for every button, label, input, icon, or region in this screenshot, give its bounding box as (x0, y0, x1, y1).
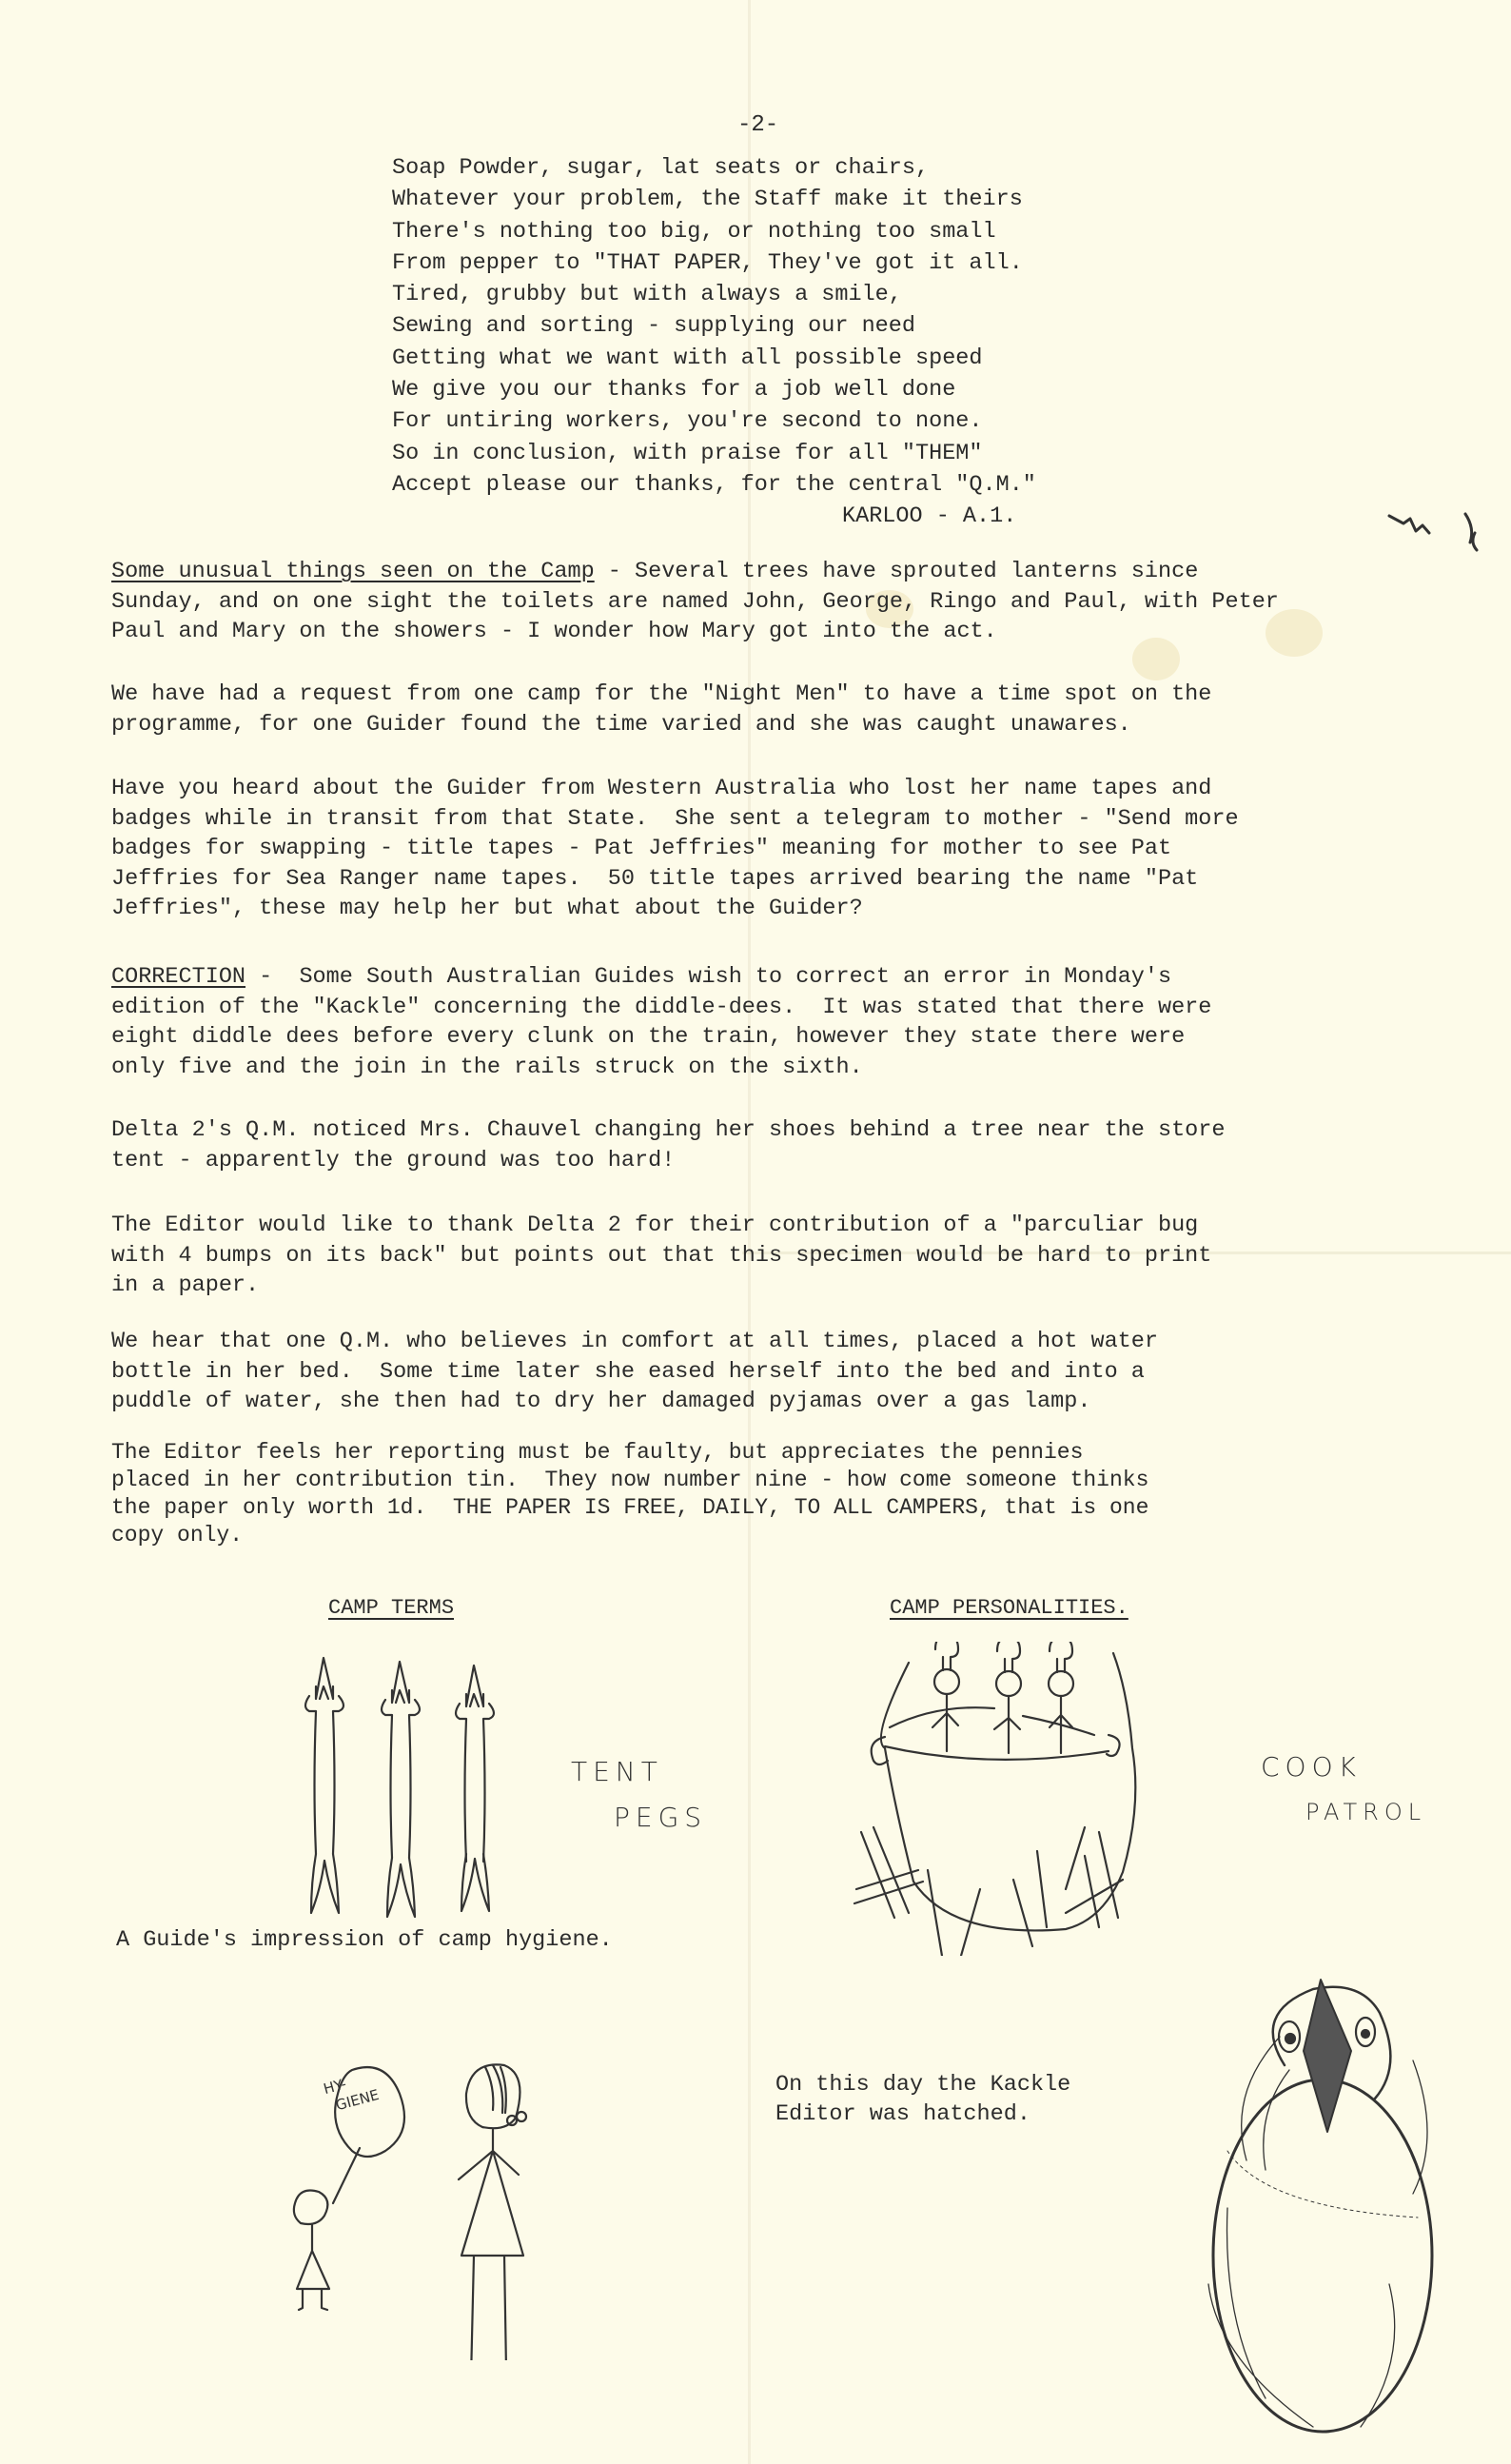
page-number: -2- (737, 112, 778, 138)
article-line: eight diddle dees before every clunk on … (111, 1022, 1443, 1053)
poem: Soap Powder, sugar, lat seats or chairs,… (392, 152, 1036, 533)
article-unusual-things: Some unusual things seen on the Camp - S… (111, 557, 1443, 647)
poem-line: So in conclusion, with praise for all "T… (392, 438, 1036, 469)
article-line: The Editor feels her reporting must be f… (111, 1439, 1443, 1467)
caption-line: On this day the Kackle (775, 2070, 1070, 2099)
poem-line: There's nothing too big, or nothing too … (392, 216, 1036, 247)
poem-line: From pepper to "THAT PAPER, They've got … (392, 247, 1036, 279)
article-line: programme, for one Guider found the time… (111, 710, 1443, 740)
article-line: Have you heard about the Guider from Wes… (111, 774, 1443, 804)
poem-line: Tired, grubby but with always a smile, (392, 279, 1036, 310)
caption-line: Editor was hatched. (775, 2099, 1070, 2129)
article-heading: Some unusual things seen on the Camp (111, 559, 595, 584)
hatched-editor-caption: On this day the Kackle Editor was hatche… (775, 2070, 1070, 2129)
article-line: We hear that one Q.M. who believes in co… (111, 1327, 1443, 1357)
camp-hygiene-caption: A Guide's impression of camp hygiene. (116, 1925, 613, 1955)
poem-line: Sewing and sorting - supplying our need (392, 310, 1036, 342)
poem-signature: KARLOO - A.1. (392, 501, 1036, 532)
tent-label: TENT (571, 1756, 663, 1787)
article-line: edition of the "Kackle" concerning the d… (111, 993, 1443, 1023)
article-delta-qm: Delta 2's Q.M. noticed Mrs. Chauvel chan… (111, 1115, 1443, 1175)
chick-hatching-egg-drawing (1170, 1970, 1475, 2446)
tent-pegs-drawing (276, 1656, 561, 1922)
article-line: Delta 2's Q.M. noticed Mrs. Chauvel chan… (111, 1115, 1443, 1146)
article-line: tent - apparently the ground was too har… (111, 1146, 1443, 1176)
article-line: We have had a request from one camp for … (111, 680, 1443, 710)
article-parculiar-bug: The Editor would like to thank Delta 2 f… (111, 1211, 1443, 1301)
camp-personalities-heading: CAMP PERSONALITIES. (890, 1596, 1128, 1620)
cook-patrol-pot-drawing (837, 1642, 1151, 1956)
poem-line: Accept please our thanks, for the centra… (392, 469, 1036, 501)
article-line: Jeffries", these may help her but what a… (111, 894, 1443, 924)
article-line: Paul and Mary on the showers - I wonder … (111, 617, 1443, 647)
article-hot-water-bottle: We hear that one Q.M. who believes in co… (111, 1327, 1443, 1417)
article-line: copy only. (111, 1522, 1443, 1549)
article-line: - Several trees have sprouted lanterns s… (595, 559, 1199, 584)
article-line: bottle in her bed. Some time later she e… (111, 1357, 1443, 1388)
article-line: in a paper. (111, 1271, 1443, 1301)
article-line: placed in her contribution tin. They now… (111, 1467, 1443, 1494)
article-line: Jeffries for Sea Ranger name tapes. 50 t… (111, 864, 1443, 895)
patrol-label: PATROL (1305, 1799, 1426, 1825)
article-line: The Editor would like to thank Delta 2 f… (111, 1211, 1443, 1241)
poem-line: For untiring workers, you're second to n… (392, 405, 1036, 437)
poem-line: Whatever your problem, the Staff make it… (392, 184, 1036, 215)
article-line: the paper only worth 1d. THE PAPER IS FR… (111, 1494, 1443, 1522)
pegs-label: PEGS (614, 1802, 707, 1833)
article-line: badges while in transit from that State.… (111, 804, 1443, 835)
article-line: - Some South Australian Guides wish to c… (245, 964, 1171, 990)
article-western-australia-guider: Have you heard about the Guider from Wes… (111, 774, 1443, 924)
cook-label: COOK (1261, 1751, 1362, 1783)
article-correction: CORRECTION - Some South Australian Guide… (111, 962, 1443, 1082)
camp-terms-heading: CAMP TERMS (328, 1596, 454, 1620)
poem-line: Soap Powder, sugar, lat seats or chairs, (392, 152, 1036, 184)
poem-line: Getting what we want with all possible s… (392, 343, 1036, 374)
article-line: only five and the join in the rails stru… (111, 1053, 1443, 1083)
article-line: puddle of water, she then had to dry her… (111, 1387, 1443, 1417)
article-night-men: We have had a request from one camp for … (111, 680, 1443, 739)
poem-line: We give you our thanks for a job well do… (392, 374, 1036, 405)
article-line: with 4 bumps on its back" but points out… (111, 1241, 1443, 1271)
article-heading: CORRECTION (111, 964, 245, 990)
article-line: badges for swapping - title tapes - Pat … (111, 834, 1443, 864)
article-line: Sunday, and on one sight the toilets are… (111, 587, 1443, 618)
woman-figure-drawing (438, 2056, 552, 2360)
article-editor-pennies: The Editor feels her reporting must be f… (111, 1439, 1443, 1549)
